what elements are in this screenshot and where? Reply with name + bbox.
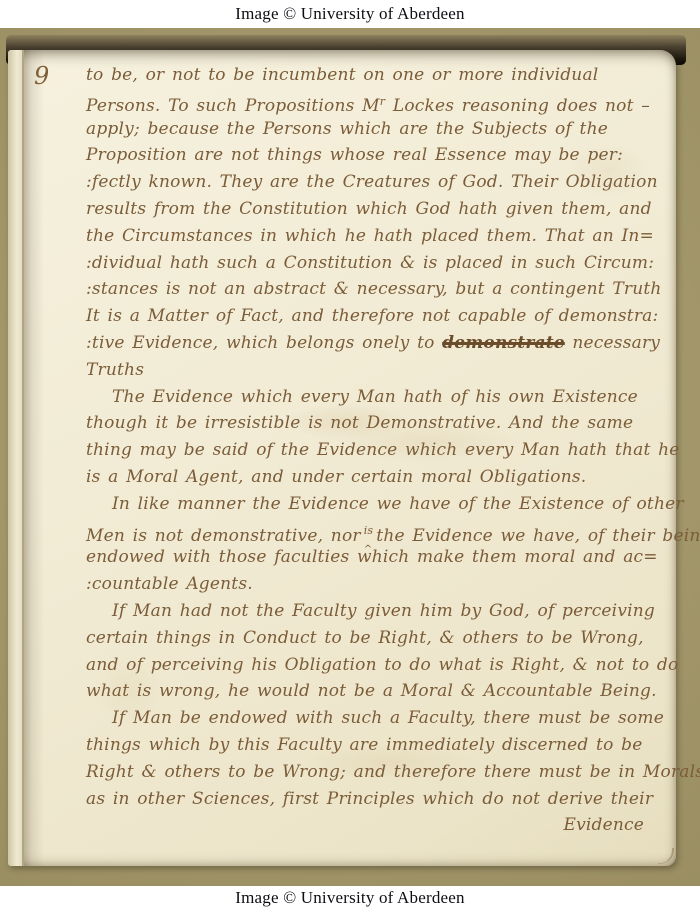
manuscript-segment: Persons. To such Propositions M (86, 96, 380, 116)
manuscript-segment: and of perceiving his Obligation to do w… (86, 655, 678, 675)
page-corner-curl (658, 848, 674, 864)
manuscript-line: to be, or not to be incumbent on one or … (86, 62, 654, 89)
manuscript-line: Persons. To such Propositions Mr Lockes … (86, 89, 654, 116)
manuscript-segment: Right & others to be Wrong; and therefor… (86, 762, 700, 782)
manuscript-segment-strike: demonstrate (442, 333, 565, 353)
manuscript-segment: things which by this Faculty are immedia… (86, 735, 642, 755)
scanned-image: Image © University of Aberdeen 9 to be, … (0, 0, 700, 910)
manuscript-line: results from the Constitution which God … (86, 196, 654, 223)
manuscript-segment: results from the Constitution which God … (86, 199, 652, 219)
manuscript-segment: :fectly known. They are the Creatures of… (86, 172, 658, 192)
manuscript-segment: :tive Evidence, which belongs onely to (86, 333, 442, 353)
manuscript-line: It is a Matter of Fact, and therefore no… (86, 303, 654, 330)
manuscript-segment: Proposition are not things whose real Es… (86, 145, 623, 165)
manuscript-line: Truths (86, 357, 654, 384)
manuscript-line: :fectly known. They are the Creatures of… (86, 169, 654, 196)
manuscript-segment-insert: is (364, 524, 374, 537)
manuscript-segment: what is wrong, he would not be a Moral &… (86, 681, 657, 701)
manuscript-line: as in other Sciences, first Principles w… (86, 786, 654, 813)
manuscript-segment: In like manner the Evidence we have of t… (112, 494, 684, 514)
manuscript-segment: Truths (86, 360, 144, 380)
copyright-banner-top: Image © University of Aberdeen (0, 0, 700, 28)
manuscript-segment: The Evidence which every Man hath of his… (112, 387, 638, 407)
manuscript-segment: :stances is not an abstract & necessary,… (86, 279, 662, 299)
manuscript-line: the Circumstances in which he hath place… (86, 223, 654, 250)
manuscript-segment: If Man had not the Faculty given him by … (112, 601, 655, 621)
manuscript-line: things which by this Faculty are immedia… (86, 732, 654, 759)
manuscript-line: :countable Agents. (86, 571, 654, 598)
manuscript-segment: the Circumstances in which he hath place… (86, 226, 654, 246)
manuscript-segment: certain things in Conduct to be Right, &… (86, 628, 644, 648)
manuscript-segment: though it be irresistible is not Demonst… (86, 413, 633, 433)
manuscript-line: certain things in Conduct to be Right, &… (86, 625, 654, 652)
manuscript-line: is a Moral Agent, and under certain mora… (86, 464, 654, 491)
manuscript-line: thing may be said of the Evidence which … (86, 437, 654, 464)
copyright-banner-bottom: Image © University of Aberdeen (0, 886, 700, 910)
manuscript-line: what is wrong, he would not be a Moral &… (86, 678, 654, 705)
manuscript-segment: :dividual hath such a Constitution & is … (86, 253, 654, 273)
page-number: 9 (34, 62, 49, 90)
manuscript-line: apply; because the Persons which are the… (86, 116, 654, 143)
manuscript-segment: is a Moral Agent, and under certain mora… (86, 467, 586, 487)
manuscript-photo: 9 to be, or not to be incumbent on one o… (0, 28, 700, 886)
manuscript-page: 9 to be, or not to be incumbent on one o… (8, 50, 676, 866)
manuscript-segment: necessary (565, 333, 660, 353)
manuscript-segment: apply; because the Persons which are the… (86, 119, 608, 139)
manuscript-segment: It is a Matter of Fact, and therefore no… (86, 306, 658, 326)
manuscript-segment: Men is not demonstrative, nor (86, 526, 361, 546)
gutter-shadow (22, 50, 44, 866)
manuscript-line: If Man be endowed with such a Faculty, t… (86, 705, 654, 732)
manuscript-line: Men is not demonstrative, noristhe Evide… (86, 518, 654, 545)
manuscript-line: Proposition are not things whose real Es… (86, 142, 654, 169)
manuscript-line: The Evidence which every Man hath of his… (86, 384, 654, 411)
manuscript-segment: the Evidence we have, of their being (376, 526, 700, 546)
manuscript-line: and of perceiving his Obligation to do w… (86, 652, 654, 679)
manuscript-segment: Evidence (563, 815, 644, 835)
manuscript-segment: thing may be said of the Evidence which … (86, 440, 680, 460)
manuscript-segment: If Man be endowed with such a Faculty, t… (112, 708, 664, 728)
manuscript-segment: Lockes reasoning does not – (385, 96, 650, 116)
manuscript-text: to be, or not to be incumbent on one or … (86, 62, 654, 839)
manuscript-line: :dividual hath such a Constitution & is … (86, 250, 654, 277)
manuscript-segment: as in other Sciences, first Principles w… (86, 789, 653, 809)
manuscript-line: :stances is not an abstract & necessary,… (86, 276, 654, 303)
manuscript-line: If Man had not the Faculty given him by … (86, 598, 654, 625)
manuscript-segment: to be, or not to be incumbent on one or … (86, 65, 598, 85)
manuscript-line: In like manner the Evidence we have of t… (86, 491, 654, 518)
manuscript-line: :tive Evidence, which belongs onely to d… (86, 330, 654, 357)
manuscript-line: Right & others to be Wrong; and therefor… (86, 759, 654, 786)
manuscript-line: though it be irresistible is not Demonst… (86, 410, 654, 437)
manuscript-line: Evidence (86, 812, 654, 839)
manuscript-segment: :countable Agents. (86, 574, 253, 594)
copyright-text-top: Image © University of Aberdeen (235, 4, 464, 24)
copyright-text-bottom: Image © University of Aberdeen (235, 888, 464, 908)
